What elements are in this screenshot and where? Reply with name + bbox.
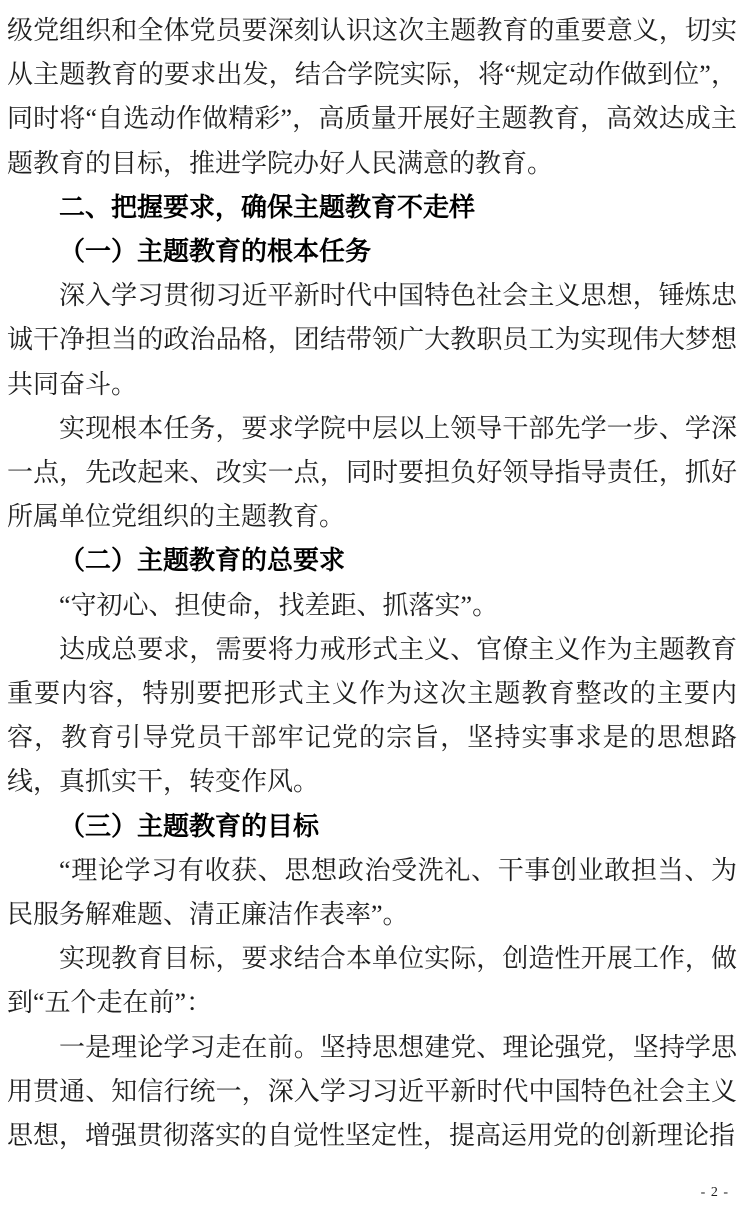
paragraph: 深入学习贯彻习近平新时代中国特色社会主义思想，锤炼忠诚干净担当的政治品格，团结带… (7, 274, 737, 407)
subsection-heading-3: （三）主题教育的目标 (7, 805, 737, 849)
paragraph-continuation: 级党组织和全体党员要深刻认识这次主题教育的重要意义，切实从主题教育的要求出发，结… (7, 9, 737, 186)
page-number: - 2 - (701, 1185, 729, 1201)
paragraph: 一是理论学习走在前。坚持思想建党、理论强党，坚持学思用贯通、知信行统一，深入学习… (7, 1026, 737, 1159)
paragraph: 实现根本任务，要求学院中层以上领导干部先学一步、学深一点，先改起来、改实一点，同… (7, 407, 737, 540)
paragraph: 达成总要求，需要将力戒形式主义、官僚主义作为主题教育重要内容，特别要把形式主义作… (7, 628, 737, 805)
paragraph: 实现教育目标，要求结合本单位实际，创造性开展工作，做到“五个走在前”： (7, 937, 737, 1025)
paragraph: “守初心、担使命，找差距、抓落实”。 (7, 584, 737, 628)
section-heading-2: 二、把握要求，确保主题教育不走样 (7, 186, 737, 230)
subsection-heading-2: （二）主题教育的总要求 (7, 539, 737, 583)
document-page: 级党组织和全体党员要深刻认识这次主题教育的重要意义，切实从主题教育的要求出发，结… (0, 0, 743, 1207)
document-body: 级党组织和全体党员要深刻认识这次主题教育的重要意义，切实从主题教育的要求出发，结… (0, 0, 743, 1158)
subsection-heading-1: （一）主题教育的根本任务 (7, 230, 737, 274)
paragraph: “理论学习有收获、思想政治受洗礼、干事创业敢担当、为民服务解难题、清正廉洁作表率… (7, 849, 737, 937)
